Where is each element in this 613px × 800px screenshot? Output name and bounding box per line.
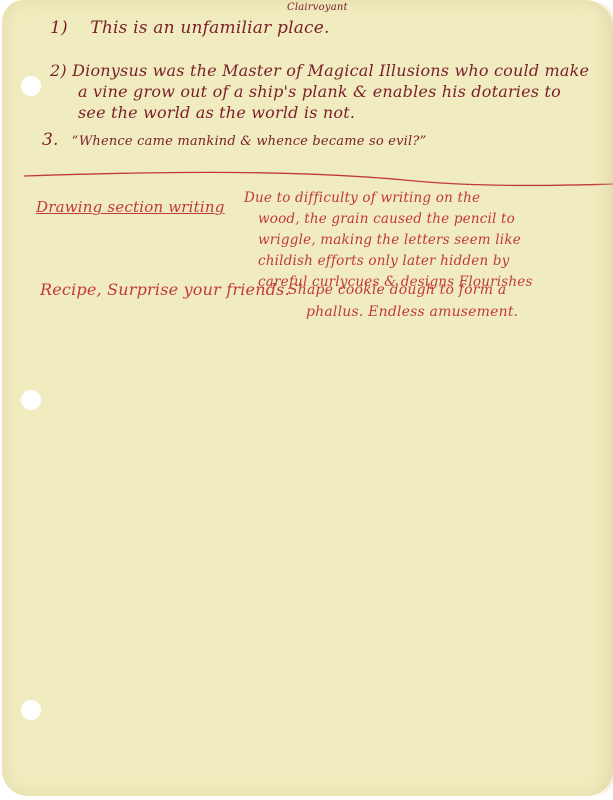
drawing-note-line-2: wood, the grain caused the pencil to bbox=[244, 209, 533, 230]
item-2-line-2: a vine grow out of a ship's plank & enab… bbox=[50, 81, 589, 102]
recipe-label: Recipe, Surprise your friends. bbox=[40, 280, 290, 299]
hole-punch-top bbox=[21, 76, 41, 96]
item-2-line-3: see the world as the world is not. bbox=[50, 102, 589, 123]
recipe-note-line-1: Shape cookie dough to form a bbox=[288, 282, 506, 298]
drawing-section-note: Due to difficulty of writing on the wood… bbox=[244, 188, 533, 293]
recipe-note: Shape cookie dough to form a phallus. En… bbox=[288, 279, 518, 323]
drawing-note-line-1: Due to difficulty of writing on the bbox=[244, 188, 533, 209]
item-1-number: 1) bbox=[50, 18, 68, 38]
item-1-text: This is an unfamiliar place. bbox=[90, 18, 329, 38]
item-1: 1) This is an unfamiliar place. bbox=[50, 18, 330, 38]
hole-punch-middle bbox=[21, 390, 41, 410]
annotation-clairvoyant: Clairvoyant bbox=[287, 2, 348, 13]
hole-punch-bottom bbox=[21, 700, 41, 720]
drawing-note-line-4: childish efforts only later hidden by bbox=[244, 251, 533, 272]
item-3-text: “Whence came mankind & whence became so … bbox=[72, 134, 427, 149]
item-2-line-1: Dionysus was the Master of Magical Illus… bbox=[72, 61, 589, 80]
recipe-note-line-2: phallus. Endless amusement. bbox=[288, 301, 518, 323]
item-3: 3. “Whence came mankind & whence became … bbox=[42, 130, 426, 150]
drawing-note-line-3: wriggle, making the letters seem like bbox=[244, 230, 533, 251]
item-3-number: 3. bbox=[42, 130, 59, 150]
notebook-page: Clairvoyant 1) This is an unfamiliar pla… bbox=[2, 0, 613, 796]
drawing-section-label: Drawing section writing bbox=[36, 198, 225, 216]
item-2-number: 2) bbox=[50, 61, 67, 80]
item-2: 2) Dionysus was the Master of Magical Il… bbox=[50, 60, 589, 123]
